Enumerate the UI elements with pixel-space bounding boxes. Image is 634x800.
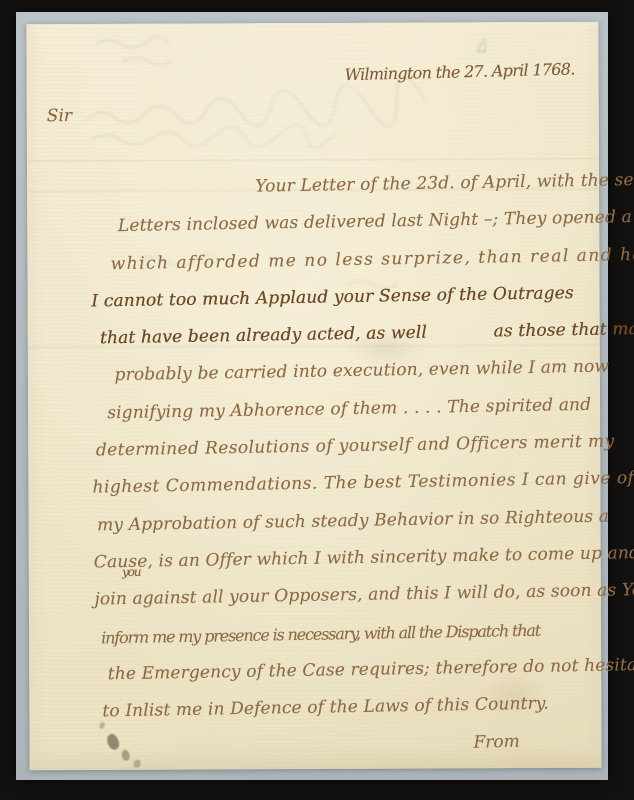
- paper-crease: [27, 158, 599, 162]
- catchword-from: From: [473, 732, 520, 753]
- letter-dateline: Wilmington the 27. April 1768.: [344, 59, 575, 84]
- pencil-mark: [477, 38, 485, 53]
- letter-line: to Inlist me in Defence of the Laws of t…: [102, 685, 612, 731]
- interlinear-insertion: you: [122, 565, 141, 579]
- letter-body: you Your Letter of the 23d. of April, wi…: [57, 163, 612, 732]
- letter-line: Your Letter of the 23d. of April, with t…: [255, 163, 603, 206]
- ink-smudge: [120, 749, 131, 762]
- ink-smudge: [134, 760, 141, 768]
- ink-smudge: [104, 732, 121, 751]
- letter-page: Wilmington the 27. April 1768. Sir you Y…: [26, 22, 601, 770]
- letter-salutation: Sir: [47, 106, 72, 126]
- photo-frame: Wilmington the 27. April 1768. Sir you Y…: [0, 0, 634, 800]
